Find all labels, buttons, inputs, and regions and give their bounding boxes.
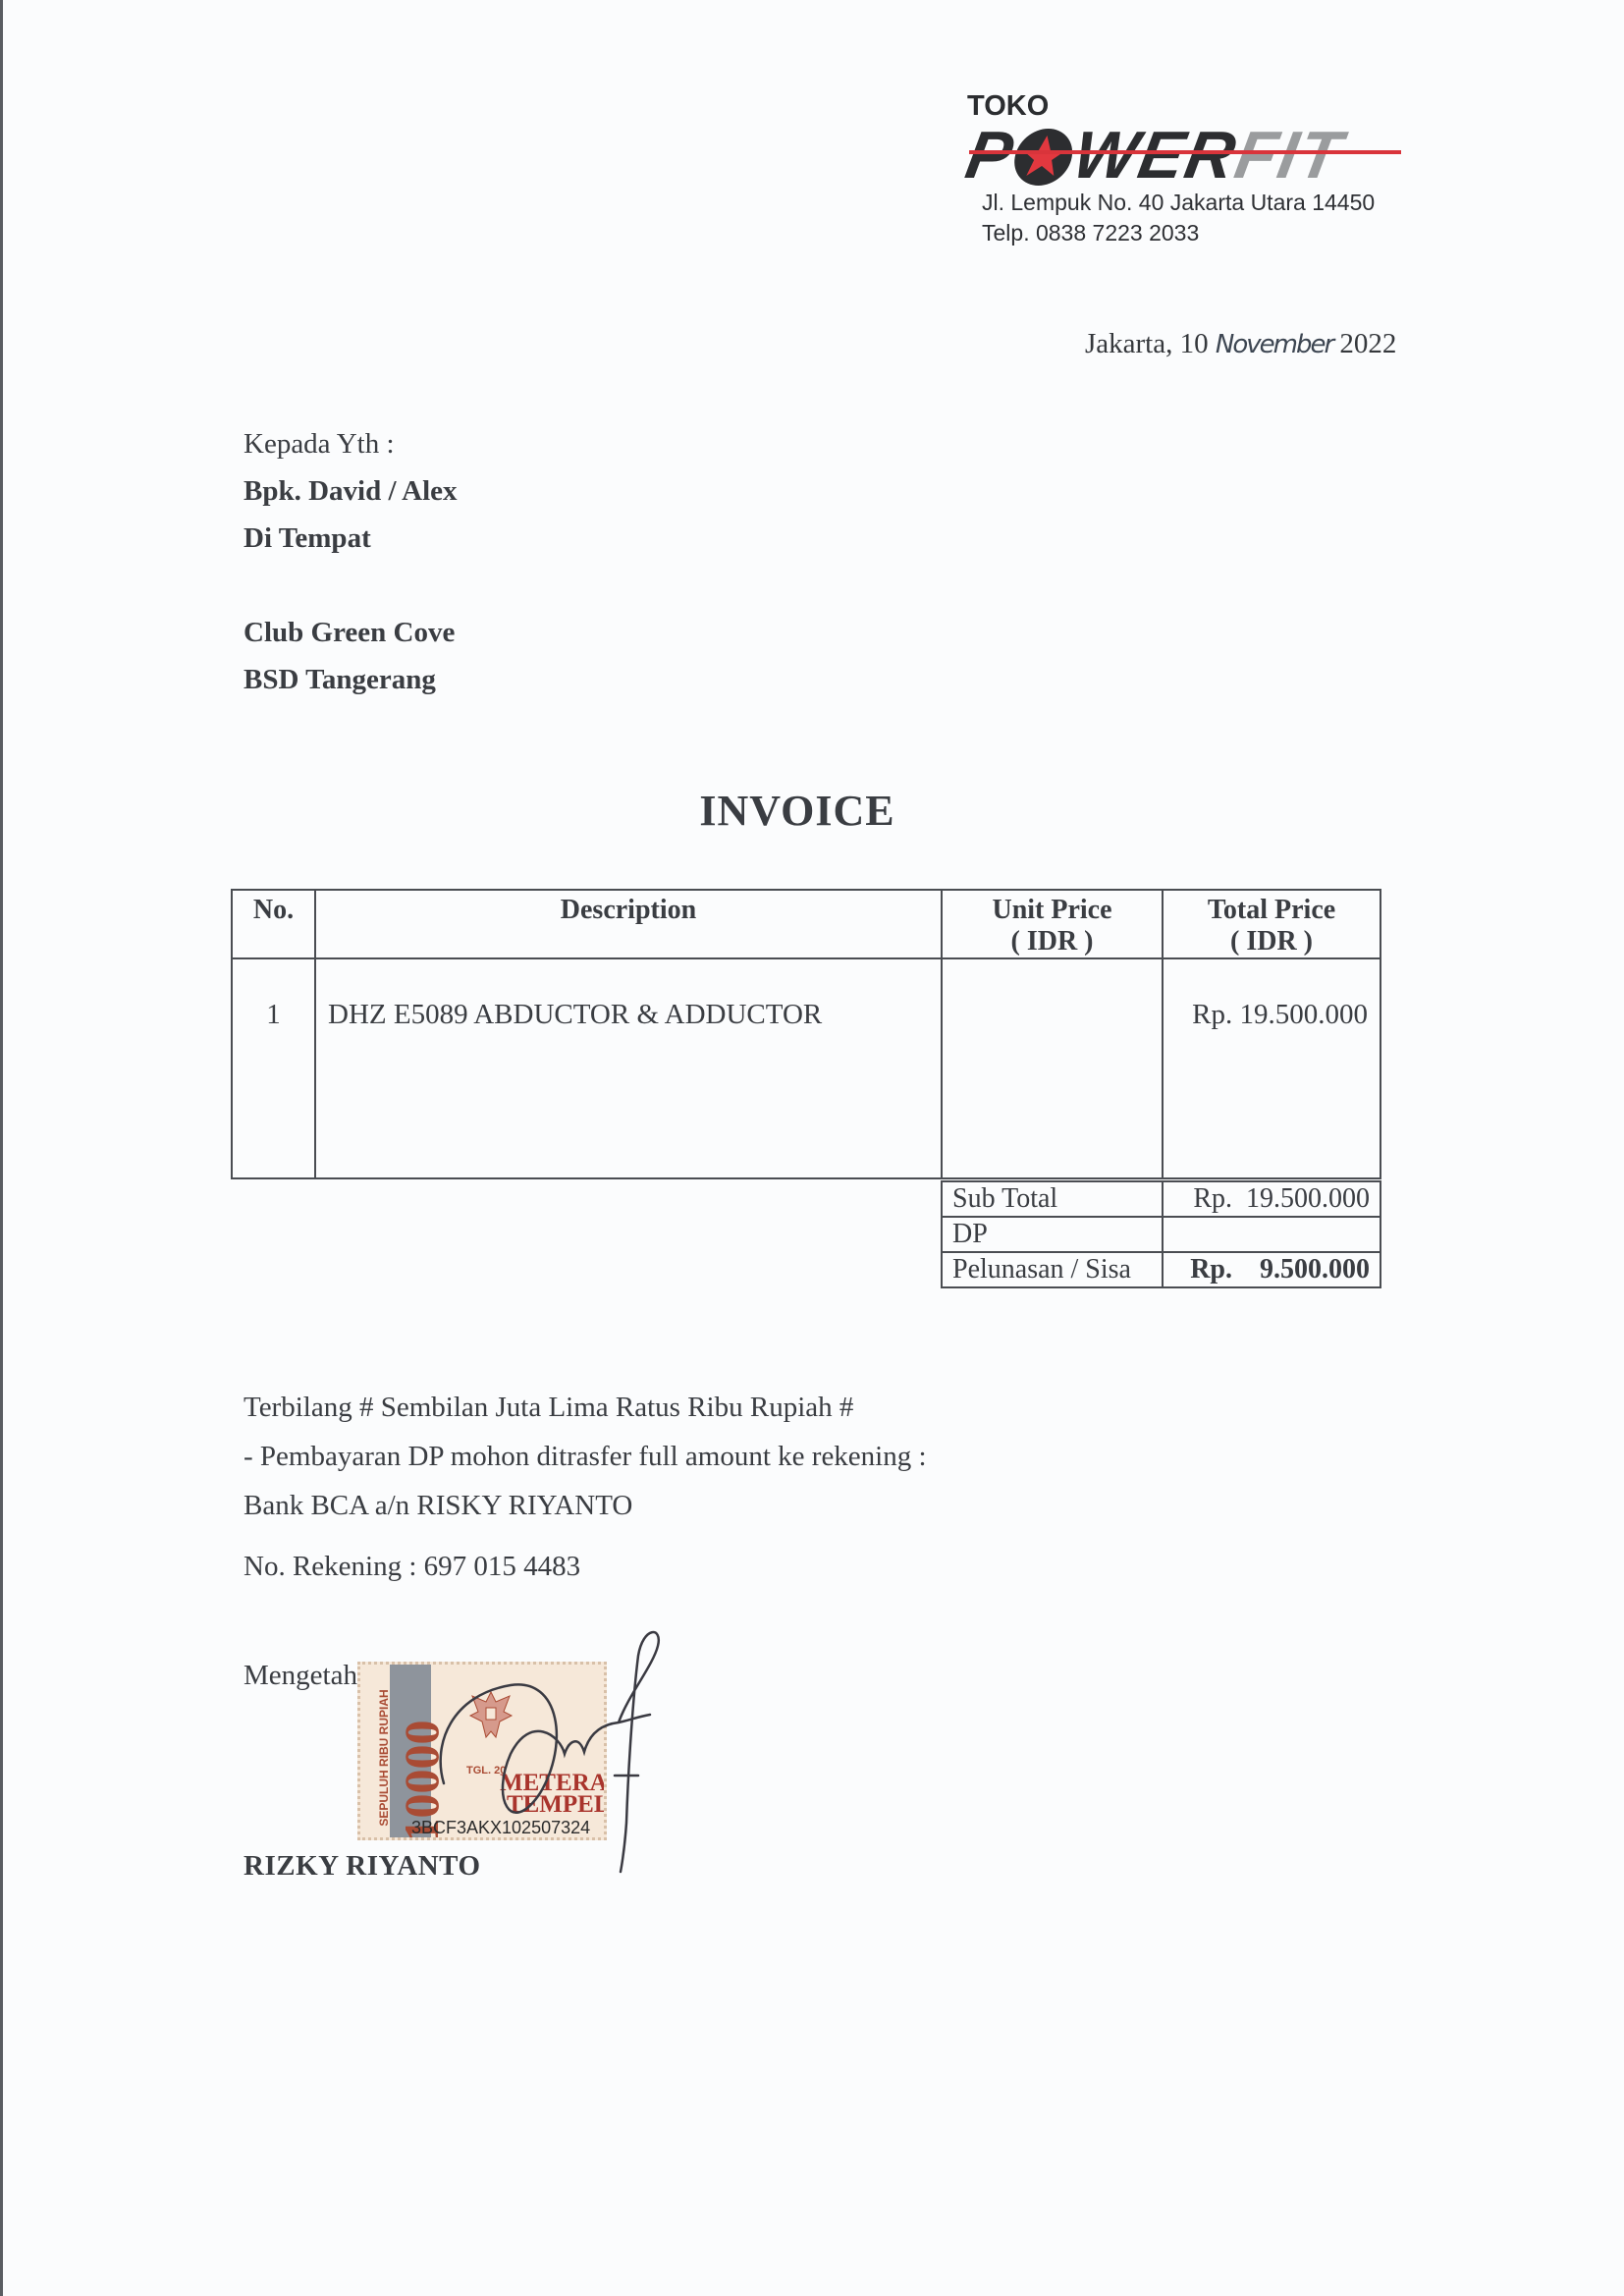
balance-label: Pelunasan / Sisa: [942, 1252, 1163, 1287]
date-month-handwritten: November: [1216, 330, 1332, 359]
recipient-city: BSD Tangerang: [244, 656, 458, 703]
table-header-row: No. Description Unit Price ( IDR ) Total…: [232, 890, 1380, 958]
bank-info: Bank BCA a/n RISKY RIYANTO: [244, 1481, 927, 1530]
table-row: 1 DHZ E5089 ABDUCTOR & ADDUCTOR Rp. 19.5…: [232, 958, 1380, 1178]
handwritten-signature-icon: [393, 1626, 677, 1882]
amount-in-words: Terbilang # Sembilan Juta Lima Ratus Rib…: [244, 1383, 927, 1432]
row-description: DHZ E5089 ABDUCTOR & ADDUCTOR: [315, 958, 942, 1178]
brand-letter-p: P: [960, 118, 1020, 192]
subtotal-label: Sub Total: [942, 1181, 1163, 1217]
date-year: 2022: [1339, 328, 1396, 359]
recipient-block: Kepada Yth : Bpk. David / Alex Di Tempat…: [244, 420, 458, 703]
store-phone: Telp. 0838 7223 2033: [982, 218, 1438, 248]
header-total-price-currency: ( IDR ): [1164, 926, 1380, 957]
header-unit-price-currency: ( IDR ): [943, 926, 1162, 957]
stamp-value-words: SEPULUH RIBU RUPIAH: [377, 1679, 391, 1836]
brand-logo: PWERFIT: [967, 123, 1438, 184]
header-total-price-label: Total Price: [1164, 895, 1380, 926]
payment-notes: Terbilang # Sembilan Juta Lima Ratus Rib…: [244, 1383, 927, 1591]
header-unit-price-label: Unit Price: [943, 895, 1162, 926]
brand-red-line: [969, 150, 1401, 154]
scan-edge: [0, 0, 3, 2296]
row-unit-price: [942, 958, 1163, 1178]
page-title: INVOICE: [0, 786, 1624, 836]
header-total-price: Total Price ( IDR ): [1163, 890, 1380, 958]
dp-row: DP: [942, 1217, 1380, 1252]
row-total-price: Rp. 19.500.000: [1163, 958, 1380, 1178]
header-no: No.: [232, 890, 315, 958]
payment-instruction: - Pembayaran DP mohon ditrasfer full amo…: [244, 1432, 927, 1481]
header-unit-price: Unit Price ( IDR ): [942, 890, 1163, 958]
date-city-day: Jakarta, 10: [1085, 328, 1209, 359]
signer-name: RIZKY RIYANTO: [244, 1850, 481, 1883]
invoice-date: Jakarta, 10 November 2022: [1085, 328, 1396, 360]
brand-letters-fit: FIT: [1229, 118, 1348, 192]
recipient-company: Club Green Cove: [244, 609, 458, 656]
dp-label: DP: [942, 1217, 1163, 1252]
subtotal-row: Sub Total Rp. 19.500.000: [942, 1181, 1380, 1217]
summary-table: Sub Total Rp. 19.500.000 DP Pelunasan / …: [941, 1180, 1381, 1288]
salutation: Kepada Yth :: [244, 420, 458, 467]
balance-row: Pelunasan / Sisa Rp. 9.500.000: [942, 1252, 1380, 1287]
items-table: No. Description Unit Price ( IDR ) Total…: [231, 889, 1381, 1179]
balance-value: Rp. 9.500.000: [1163, 1252, 1380, 1287]
dp-value: [1163, 1217, 1380, 1252]
row-no: 1: [232, 958, 315, 1178]
recipient-location-note: Di Tempat: [244, 515, 458, 562]
subtotal-value: Rp. 19.500.000: [1163, 1181, 1380, 1217]
recipient-name: Bpk. David / Alex: [244, 467, 458, 515]
header-description: Description: [315, 890, 942, 958]
star-icon: [1010, 129, 1077, 186]
account-number: No. Rekening : 697 015 4483: [244, 1542, 927, 1591]
letterhead: TOKO PWERFIT Jl. Lempuk No. 40 Jakarta U…: [967, 90, 1438, 248]
brand-letters-wer: WER: [1068, 118, 1243, 192]
